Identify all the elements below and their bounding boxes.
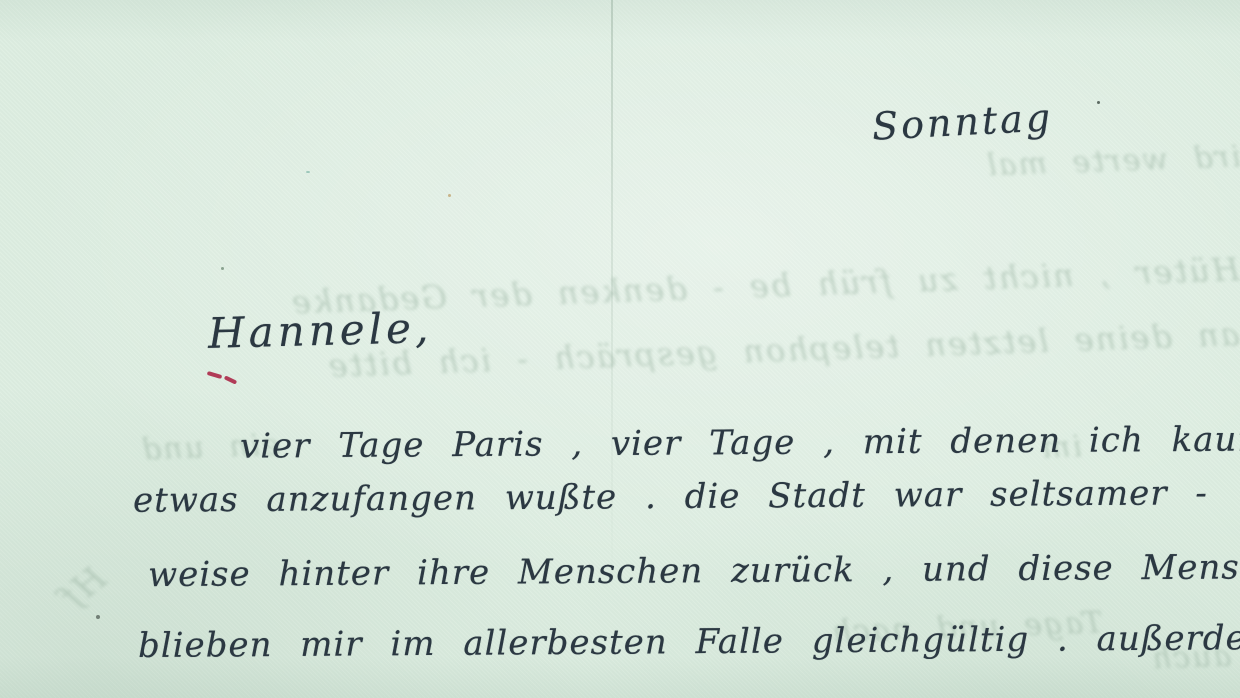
- bleedthrough-fragment: ich wird werte mal: [984, 136, 1240, 183]
- paper-speck: [1097, 101, 1100, 104]
- dateline-text: Sonntag: [871, 95, 1054, 148]
- salutation-text: Hannele,: [207, 303, 432, 358]
- paper-speck: [221, 267, 224, 270]
- body-line: weise hinter ihre Menschen zurück , und …: [148, 547, 1240, 595]
- paper-speck: [448, 194, 451, 197]
- body-line: vier Tage Paris , vier Tage , mit denen …: [240, 419, 1240, 466]
- paper-speck: [96, 615, 100, 619]
- letter-page: ich wird werte mal Hüter , nicht zu früh…: [0, 0, 1240, 698]
- body-line: blieben mir im allerbesten Falle gleichg…: [138, 618, 1240, 666]
- paper-speck: [306, 171, 310, 173]
- body-line: etwas anzufangen wußte . die Stadt war s…: [133, 473, 1208, 521]
- bleedthrough-fragment: Hf: [53, 558, 114, 618]
